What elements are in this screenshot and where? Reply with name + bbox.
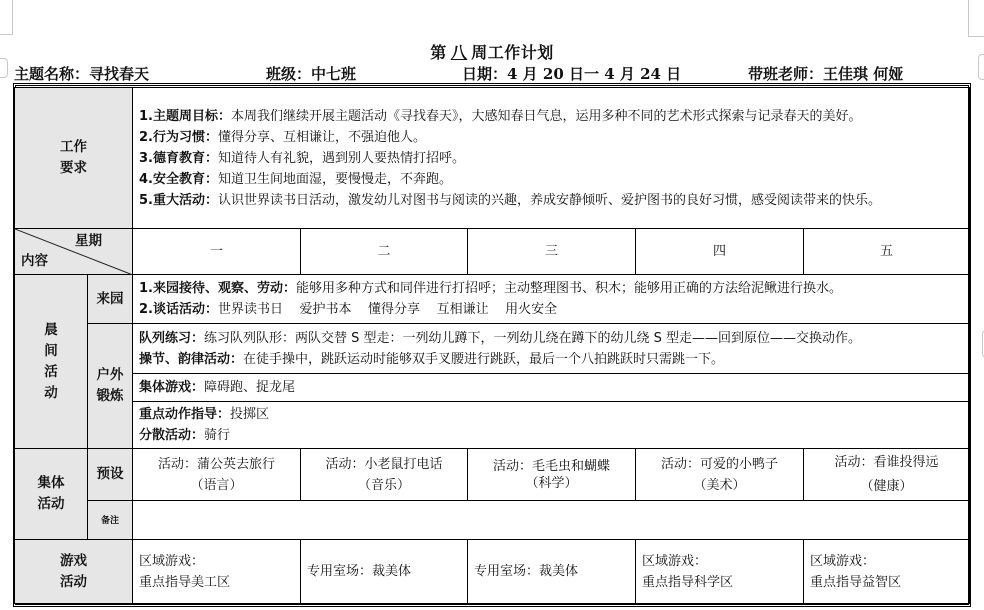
teachers: 带班老师：王佳琪 何娅 — [748, 63, 903, 84]
work-requirements-row: 工作 要求 1.主题周目标：本周我们继续开展主题活动《寻找春天》，大感知春日气息… — [15, 88, 970, 229]
title-prefix: 第 — [430, 43, 447, 62]
group-activity-preset-row: 集体活动 预设 活动：蒲公英去旅行（语言） 活动：小老鼠打电话（音乐） 活动：毛… — [15, 449, 970, 501]
work-requirements-content[interactable]: 1.主题周目标：本周我们继续开展主题活动《寻找春天》，大感知春日气息，运用多种不… — [133, 88, 970, 229]
weekly-plan-table: 工作 要求 1.主题周目标：本周我们继续开展主题活动《寻找春天》，大感知春日气息… — [14, 87, 970, 604]
title-suffix: 周工作计划 — [471, 43, 554, 62]
day-header-tue: 二 — [301, 229, 468, 275]
outdoor-queue-content[interactable]: 队列练习：练习队列队形：两队交替 S 型走：一列幼儿蹲下，一列幼儿绕在蹲下的幼儿… — [133, 324, 970, 374]
day-header-thu: 四 — [636, 229, 804, 275]
class-name: 班级：中七班 — [266, 63, 356, 84]
requirement-item: 2.行为习惯：懂得分享、互相谦让，不强迫他人。 — [139, 127, 963, 148]
work-requirements-label: 工作 要求 — [15, 88, 133, 229]
group-activity-notes-row: 备注 — [15, 501, 970, 540]
requirement-item: 5.重大活动：认识世界读书日活动，激发幼儿对图书与阅读的兴趣，养成安静倾听、爱护… — [139, 190, 963, 211]
preset-activity-fri[interactable]: 活动：看谁投得远（健康） — [804, 449, 970, 501]
game-activity-thu[interactable]: 区域游戏：重点指导科学区 — [636, 540, 804, 604]
outdoor-group-game-content[interactable]: 集体游戏：障碍跑、捉龙尾 — [133, 374, 970, 402]
requirement-item: 1.主题周目标：本周我们继续开展主题活动《寻找春天》，大感知春日气息，运用多种不… — [139, 106, 963, 127]
day-header-wed: 三 — [468, 229, 636, 275]
page-corner-mark-left — [0, 0, 13, 35]
arrival-content[interactable]: 1.来园接待、观察、劳动：能够用多种方式和同伴进行打招呼；主动整理图书、积木；能… — [133, 275, 970, 324]
notes-label: 备注 — [88, 501, 133, 540]
game-activity-tue[interactable]: 专用室场：裁美体 — [301, 540, 468, 604]
document-title: 第八周工作计划 — [0, 40, 984, 63]
preset-activity-tue[interactable]: 活动：小老鼠打电话（音乐） — [301, 449, 468, 501]
day-header-mon: 一 — [133, 229, 301, 275]
weekday-header-row: 星期 内容 一 二 三 四 五 — [15, 229, 970, 275]
outdoor-group-game-row: 集体游戏：障碍跑、捉龙尾 — [15, 374, 970, 402]
preset-activity-wed[interactable]: 活动：毛毛虫和蝴蝶（科学） — [468, 449, 636, 501]
game-activity-mon[interactable]: 区域游戏：重点指导美工区 — [133, 540, 301, 604]
group-activity-label: 集体活动 — [15, 449, 88, 540]
outdoor-guidance-content[interactable]: 重点动作指导：投掷区 分散活动：骑行 — [133, 402, 970, 449]
outdoor-guidance-row: 重点动作指导：投掷区 分散活动：骑行 — [15, 402, 970, 449]
week-number: 八 — [447, 43, 472, 62]
day-header-fri: 五 — [804, 229, 970, 275]
game-activity-fri[interactable]: 区域游戏：重点指导益智区 — [804, 540, 970, 604]
morning-activities-label: 晨间活动 — [15, 275, 88, 449]
notes-content[interactable] — [133, 501, 970, 540]
date-range: 日期：4 月 20 日一 4 月 24 日 — [462, 63, 681, 84]
page-corner-mark-right — [968, 0, 984, 37]
arrival-row: 晨间活动 来园 1.来园接待、观察、劳动：能够用多种方式和同伴进行打招呼；主动整… — [15, 275, 970, 324]
game-activity-wed[interactable]: 专用室场：裁美体 — [468, 540, 636, 604]
weekday-content-corner: 星期 内容 — [15, 229, 133, 275]
preset-activity-mon[interactable]: 活动：蒲公英去旅行（语言） — [133, 449, 301, 501]
game-activity-label: 游戏活动 — [15, 540, 133, 604]
requirement-item: 3.德育教育：知道待人有礼貌，遇到别人要热情打招呼。 — [139, 148, 963, 169]
preset-label: 预设 — [88, 449, 133, 501]
preset-activity-thu[interactable]: 活动：可爱的小鸭子（美术） — [636, 449, 804, 501]
theme-name: 主题名称：寻找春天 — [14, 63, 149, 84]
requirement-item: 4.安全教育：知道卫生间地面湿，要慢慢走，不奔跑。 — [139, 169, 963, 190]
game-activity-row: 游戏活动 区域游戏：重点指导美工区 专用室场：裁美体 专用室场：裁美体 区域游戏… — [15, 540, 970, 604]
document-info-row: 主题名称：寻找春天 班级：中七班 日期：4 月 20 日一 4 月 24 日 带… — [0, 63, 984, 83]
arrival-label: 来园 — [88, 275, 133, 324]
outdoor-queue-row: 户外锻炼 队列练习：练习队列队形：两队交替 S 型走：一列幼儿蹲下，一列幼儿绕在… — [15, 324, 970, 374]
outdoor-exercise-label: 户外锻炼 — [88, 324, 133, 449]
